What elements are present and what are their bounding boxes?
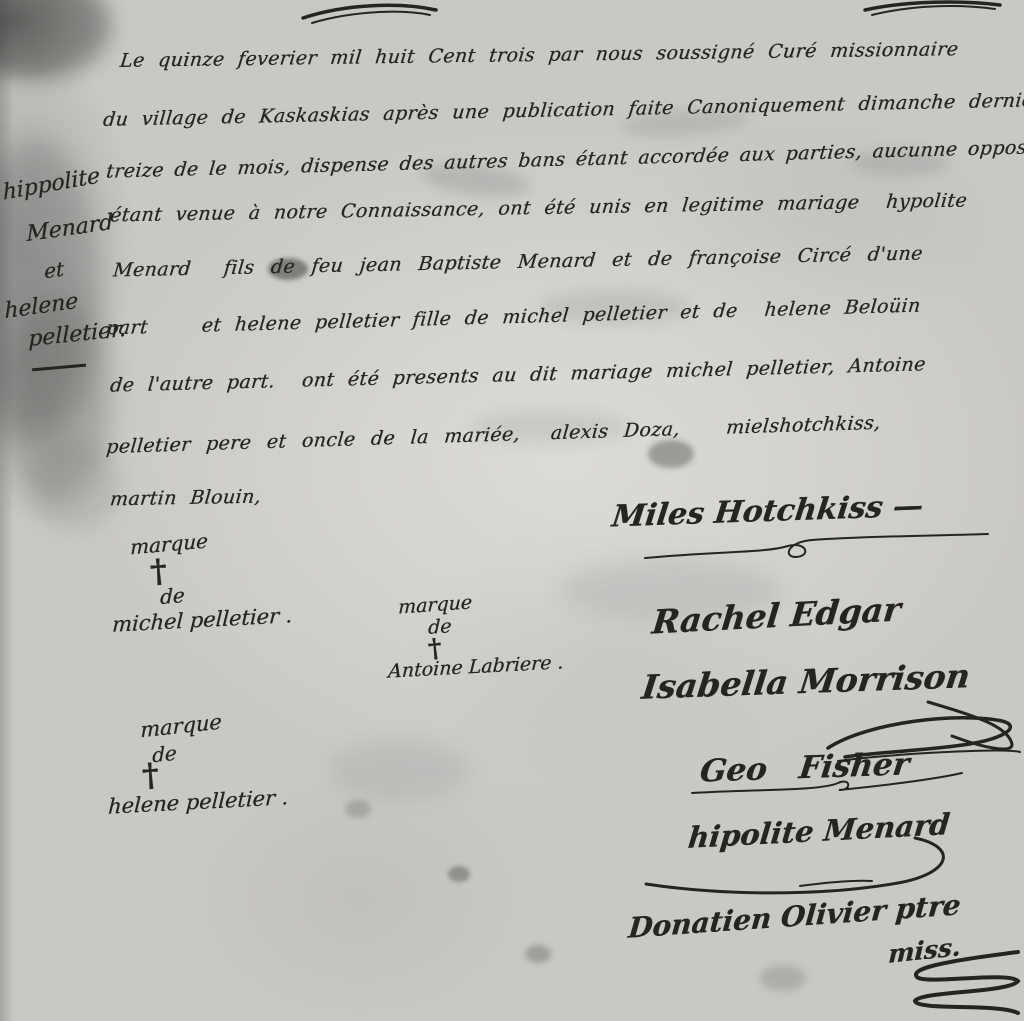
signature-miles-hotchkiss: Miles Hotchkiss — <box>610 488 925 534</box>
mark-label-marque: marque <box>140 710 221 743</box>
margin-note-line: et <box>44 257 65 284</box>
record-text-line: martin Blouin, <box>109 486 262 511</box>
stain <box>0 0 110 80</box>
signature-cross-icon: † <box>141 755 160 794</box>
record-text-line: de l'autre part. ont été presents au dit… <box>109 353 927 396</box>
top-edge-flourish <box>303 5 436 18</box>
signature-geo-fisher: Geo Fisher <box>698 746 911 789</box>
mark-name: michel pelletier . <box>111 603 292 637</box>
record-text-line: treize de le mois, dispense des autres b… <box>105 135 1024 182</box>
record-text-line: Menard fils de feu jean Baptiste Menard … <box>112 242 924 281</box>
margin-note-line: hippolite <box>2 163 101 205</box>
mark-label-marque: marque <box>398 591 473 618</box>
mark-name: helene pelletier . <box>107 785 288 819</box>
signature-isabella-morrison: Isabella Morrison <box>640 656 972 707</box>
ink-blot <box>648 440 694 468</box>
record-text-line: étant venue à notre Connaissance, ont ét… <box>109 189 968 226</box>
record-text-line: du village de Kaskaskias après une publi… <box>102 89 1024 131</box>
margin-note-line: Menard <box>26 210 113 247</box>
signature-rachel-edgar: Rachel Edgar <box>650 589 903 641</box>
margin-note-dash <box>32 364 86 372</box>
top-edge-flourish <box>865 2 1000 10</box>
record-text-line: pelletier pere et oncle de la mariée, al… <box>105 412 881 458</box>
mark-label-de: de <box>160 583 185 609</box>
stain <box>330 740 470 800</box>
ink-spot <box>345 800 371 818</box>
margin-note-line: helene <box>4 289 79 324</box>
bottom-zigzag-flourish <box>800 881 872 886</box>
ink-spot <box>760 965 806 991</box>
scanned-marriage-record-page: hippolite Menard et helene pelletier. Le… <box>0 0 1024 1021</box>
hotchkiss-paraph <box>645 534 988 558</box>
top-edge-flourish <box>312 12 430 23</box>
mark-name: Antoine Labriere . <box>388 651 564 682</box>
top-edge-flourish <box>872 6 995 15</box>
record-text-line: Le quinze feverier mil huit Cent trois p… <box>119 38 960 72</box>
ink-spot <box>525 945 551 963</box>
record-text-line: part et helene pelletier fille de michel… <box>105 295 921 340</box>
mark-label-marque: marque <box>130 529 208 560</box>
signature-donatien-olivier-miss: miss. <box>887 932 961 969</box>
ink-spot <box>448 866 470 882</box>
morrison-tail-flourish <box>928 702 1012 749</box>
signature-hipolite-menard: hipolite Menard <box>686 807 951 855</box>
